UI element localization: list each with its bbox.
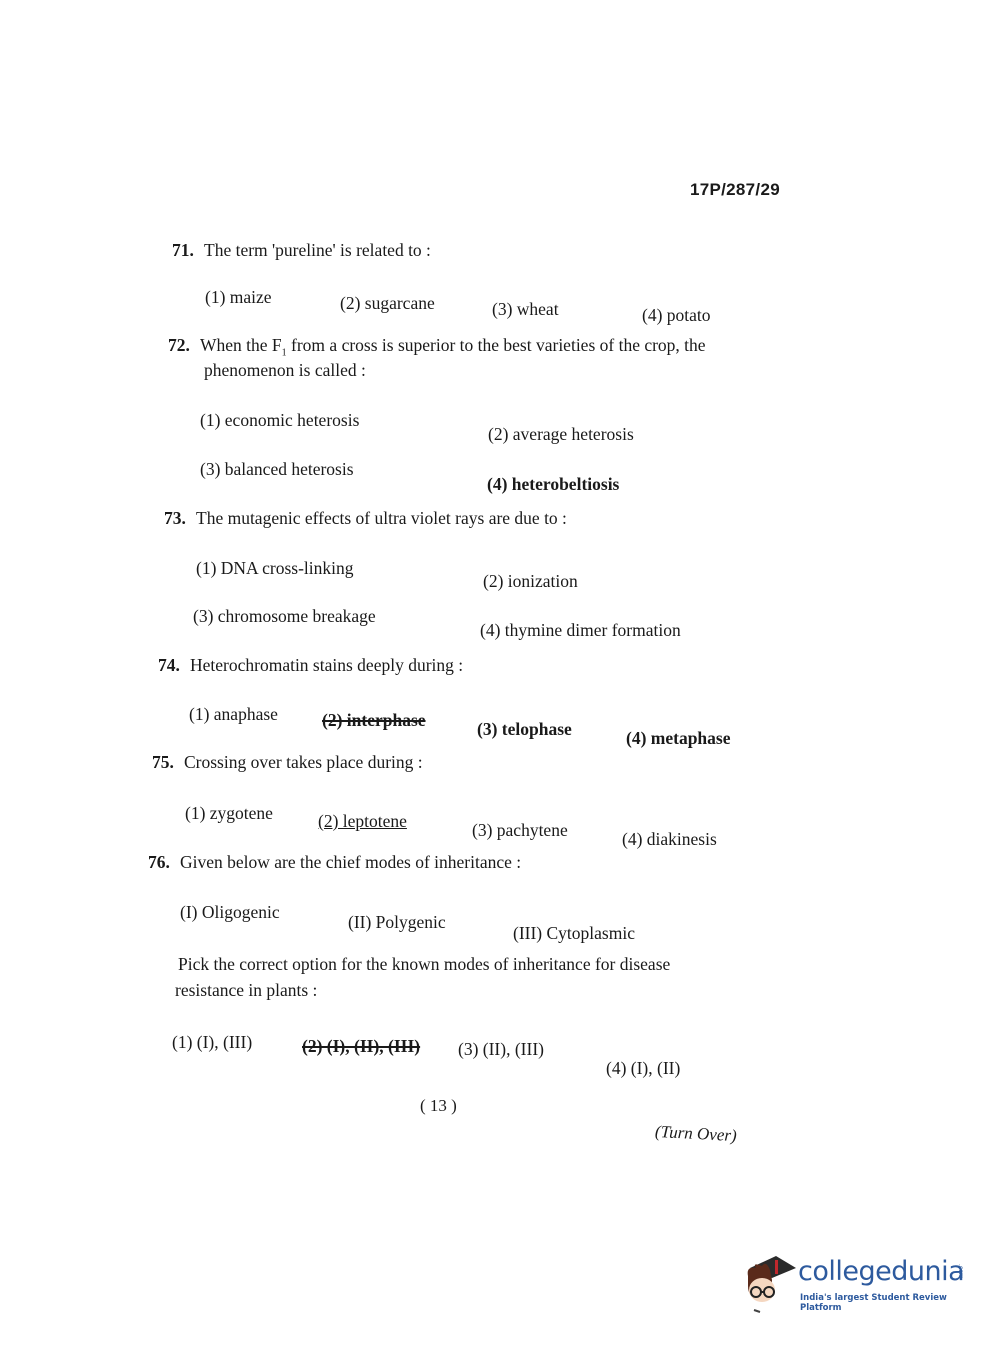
page-number: ( 13 ) bbox=[420, 1096, 457, 1116]
paper-code: 17P/287/29 bbox=[690, 180, 780, 200]
option: (2) sugarcane bbox=[340, 293, 435, 314]
question-text: When the F bbox=[200, 335, 282, 355]
question-76: 76.Given below are the chief modes of in… bbox=[148, 852, 521, 873]
option: (4) potato bbox=[642, 305, 711, 326]
option: (4) metaphase bbox=[626, 728, 731, 749]
question-72: 72.When the F1 from a cross is superior … bbox=[168, 335, 706, 359]
option: (2) leptotene bbox=[318, 811, 407, 832]
option: (1) maize bbox=[205, 287, 272, 308]
brand-domain: .com bbox=[957, 1264, 964, 1279]
question-text: The mutagenic effects of ultra violet ra… bbox=[196, 508, 567, 528]
question-73: 73.The mutagenic effects of ultra violet… bbox=[164, 508, 567, 529]
question-text-line3: resistance in plants : bbox=[175, 980, 317, 1001]
question-text: from a cross is superior to the best var… bbox=[287, 335, 706, 355]
option: (1) (I), (III) bbox=[172, 1032, 252, 1053]
mascot-icon bbox=[742, 1250, 798, 1316]
option: (3) (II), (III) bbox=[458, 1039, 544, 1060]
mode-item: (III) Cytoplasmic bbox=[513, 923, 635, 944]
option: (1) zygotene bbox=[185, 803, 273, 824]
option: (1) anaphase bbox=[189, 704, 278, 725]
mode-item: (I) Oligogenic bbox=[180, 902, 280, 923]
brand-tagline: India's largest Student Review Platform bbox=[800, 1293, 972, 1313]
turn-over-label: (Turn Over) bbox=[655, 1122, 738, 1146]
question-text-line2: phenomenon is called : bbox=[204, 360, 366, 381]
option: (4) diakinesis bbox=[622, 829, 717, 850]
option: (4) heterobeltiosis bbox=[487, 474, 619, 495]
option: (4) (I), (II) bbox=[606, 1058, 680, 1079]
question-text-line2: Pick the correct option for the known mo… bbox=[178, 954, 670, 975]
mode-item: (II) Polygenic bbox=[348, 912, 446, 933]
option: (1) economic heterosis bbox=[200, 410, 359, 431]
question-text: Heterochromatin stains deeply during : bbox=[190, 655, 463, 675]
option: (3) balanced heterosis bbox=[200, 459, 354, 480]
question-text: Given below are the chief modes of inher… bbox=[180, 852, 521, 872]
question-number: 74. bbox=[158, 655, 190, 676]
question-number: 71. bbox=[172, 240, 204, 261]
collegedunia-logo: collegedunia .com India's largest Studen… bbox=[742, 1250, 972, 1316]
question-text: The term 'pureline' is related to : bbox=[204, 240, 431, 260]
option: (1) DNA cross-linking bbox=[196, 558, 353, 579]
option: (3) pachytene bbox=[472, 820, 568, 841]
option: (2) interphase bbox=[322, 710, 426, 731]
question-number: 72. bbox=[168, 335, 200, 356]
question-text: Crossing over takes place during : bbox=[184, 752, 423, 772]
option: (3) chromosome breakage bbox=[193, 606, 376, 627]
option: (2) average heterosis bbox=[488, 424, 634, 445]
option: (3) telophase bbox=[477, 719, 572, 740]
option: (2) (I), (II), (III) bbox=[302, 1036, 420, 1057]
question-71: 71.The term 'pureline' is related to : bbox=[172, 240, 431, 261]
brand-name: collegedunia bbox=[798, 1256, 964, 1287]
option: (3) wheat bbox=[492, 299, 559, 320]
option: (2) ionization bbox=[483, 571, 578, 592]
question-number: 76. bbox=[148, 852, 180, 873]
question-number: 73. bbox=[164, 508, 196, 529]
question-74: 74.Heterochromatin stains deeply during … bbox=[158, 655, 463, 676]
question-number: 75. bbox=[152, 752, 184, 773]
question-75: 75.Crossing over takes place during : bbox=[152, 752, 423, 773]
option: (4) thymine dimer formation bbox=[480, 620, 681, 641]
